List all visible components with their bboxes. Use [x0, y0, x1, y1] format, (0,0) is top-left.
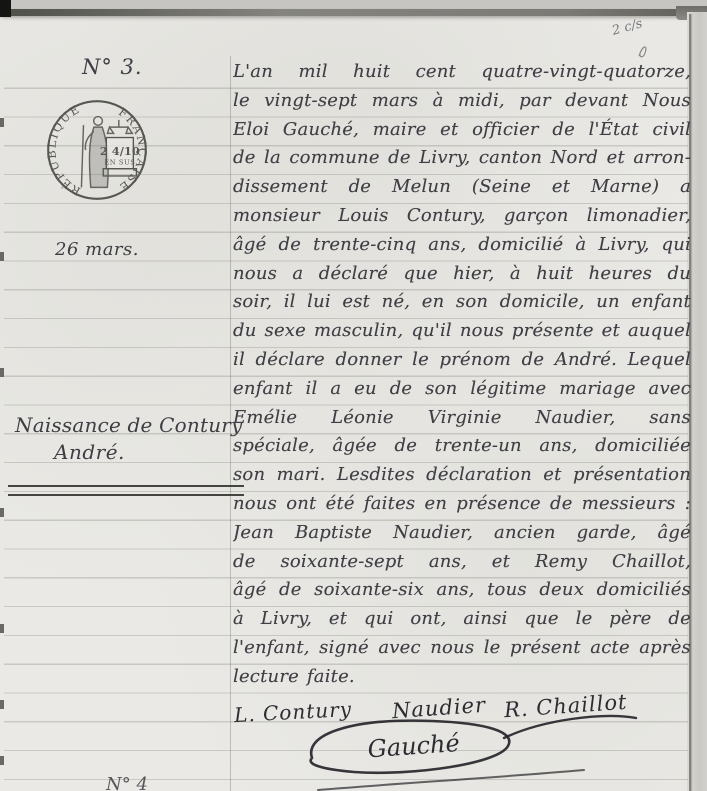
act-text-line: Emélie Léonie Virginie Naudier, sans pro… — [233, 404, 691, 433]
act-text-line: de soixante-sept ans, et Remy Chaillot, … — [233, 548, 691, 577]
scan-corner-mark — [0, 0, 11, 17]
act-text-line: le vingt-sept mars à midi, par devant No… — [233, 87, 691, 116]
act-text-line: enfant il a eu de son légitime mariage a… — [233, 375, 691, 404]
act-number: N° 3. — [82, 55, 143, 79]
act-body: L'an mil huit cent quatre-vingt-quatorze… — [233, 58, 691, 692]
next-act-number: N° 4 — [106, 774, 148, 791]
act-text-line: à Livry, et qui ont, ainsi que le père d… — [233, 605, 691, 634]
act-text-line: monsieur Louis Contury, garçon limonadie… — [233, 202, 691, 231]
page-top-shadow-band — [0, 9, 707, 16]
act-text-line: l'enfant, signé avec nous le présent act… — [233, 634, 691, 663]
act-text-line: soir, il lui est né, en son domicile, un… — [233, 288, 691, 317]
register-page-scan: 2 c/s N° 3. RÉPUBLIQUE FRANÇAISE — [0, 0, 707, 791]
act-text-line: nous ont été faites en présence de messi… — [233, 490, 691, 519]
ink-squiggle — [636, 40, 650, 60]
stamp-arc-left-text: RÉPUBLIQUE — [45, 102, 83, 199]
stamp-value-suffix-text: EN SUS — [104, 159, 135, 167]
act-text-line: L'an mil huit cent quatre-vingt-quatorze… — [233, 58, 691, 87]
act-text-line: nous a déclaré que hier, à huit heures d… — [233, 260, 691, 289]
act-text-line: Jean Baptiste Naudier, ancien garde, âgé — [233, 519, 691, 548]
act-text-line: il déclare donner le prénom de André. Le… — [233, 346, 691, 375]
act-text-line: âgé de soixante-six ans, tous deux domic… — [233, 576, 691, 605]
corner-ink-note: 2 c/s — [611, 16, 645, 38]
act-text-line: son mari. Lesdites déclaration et présen… — [233, 461, 691, 490]
act-text-line: lecture faite. — [233, 663, 691, 692]
act-text-line: dissement de Melun (Seine et Marne) a co… — [233, 173, 691, 202]
stamp-value-text: 2 4/10 — [100, 144, 140, 158]
act-text-line: spéciale, âgée de trente-un ans, domicil… — [233, 432, 691, 461]
act-text-line: de la commune de Livry, canton Nord et a… — [233, 144, 691, 173]
act-text-line: âgé de trente-cinq ans, domicilié à Livr… — [233, 231, 691, 260]
officer-signature-paraph: Gauché — [282, 708, 648, 791]
signature-officer: Gauché — [367, 729, 461, 763]
margin-date-note: 26 mars. — [55, 239, 139, 260]
act-text-line: Eloi Gauché, maire et officier de l'État… — [233, 116, 691, 145]
margin-closing-rule — [8, 485, 244, 496]
svg-text:RÉPUBLIQUE: RÉPUBLIQUE — [45, 102, 83, 199]
margin-registration-name: André. — [54, 440, 125, 464]
act-text-line: du sexe masculin, qu'il nous présente et… — [233, 317, 691, 346]
margin-registration-title: Naissance de Contury — [15, 413, 243, 437]
republique-francaise-stamp-icon: RÉPUBLIQUE FRANÇAISE 2 4/10 EN SUS — [45, 96, 149, 204]
